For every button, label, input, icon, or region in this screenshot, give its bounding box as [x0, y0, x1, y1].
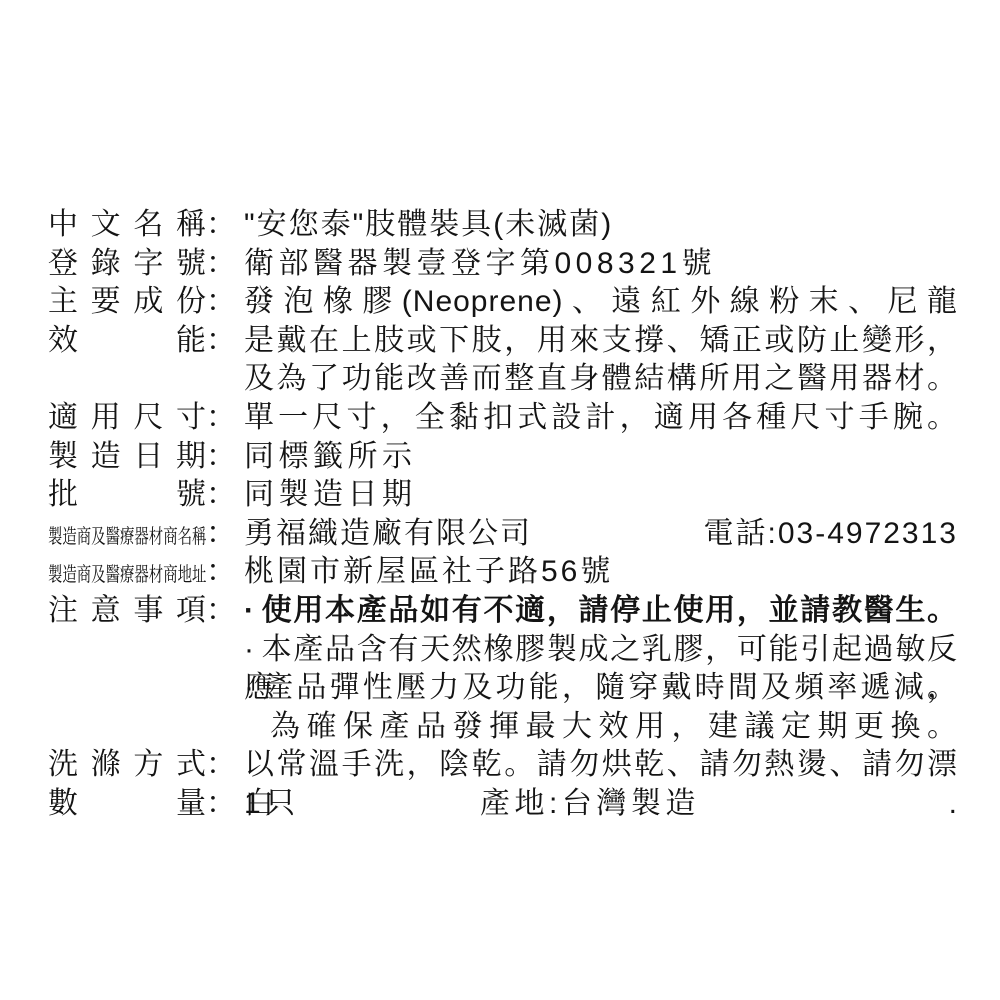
value-main-ingredients: 發泡橡膠(Neoprene)、遠紅外線粉末、尼龍	[244, 283, 958, 322]
value-precaution-3-line1: ·產品彈性壓力及功能，隨穿戴時間及頻率遞減，	[244, 669, 958, 708]
row-precautions: 注意事項 ： ·使用本產品如有不適，請停止使用，並請教醫生。	[48, 592, 958, 631]
value-manufacturer-address: 桃園市新屋區社子路56號	[244, 553, 958, 592]
value-manufacturer-name: 勇福織造廠有限公司 電話:03-4972313	[244, 515, 958, 554]
value-function-line2: 及為了功能改善而整直身體結構所用之醫用器材。	[244, 360, 958, 399]
label-manufacturer-address: 製造商及醫療器材商地址	[48, 553, 206, 595]
row-batch-number: 批號 ： 同製造日期	[48, 476, 958, 515]
value-applicable-size: 單一尺寸，全黏扣式設計，適用各種尺寸手腕。	[244, 399, 958, 438]
row-precaution-3-continued: 為確保產品發揮最大效用，建議定期更換。	[48, 708, 958, 747]
row-main-ingredients: 主要成份 ： 發泡橡膠(Neoprene)、遠紅外線粉末、尼龍	[48, 283, 958, 322]
origin-text: 產地:台灣製造	[480, 785, 700, 824]
label-manufacturer-address-text: 製造商及醫療器材商地址	[48, 556, 206, 595]
phone-number: 電話:03-4972313	[704, 515, 959, 554]
label-registration-number: 登錄字號	[48, 245, 206, 284]
bullet-icon: ·	[244, 633, 261, 666]
row-chinese-name: 中文名稱 ： "安您泰"肢體裝具(未滅菌)	[48, 206, 958, 245]
value-registration-number: 衛部醫器製壹登字第008321號	[244, 245, 958, 284]
manufacturer-name-text: 勇福織造廠有限公司	[244, 515, 532, 554]
label-colon: ：	[206, 245, 244, 284]
label-washing-method: 洗滌方式	[48, 746, 206, 785]
row-function: 效能 ： 是戴在上肢或下肢，用來支撐、矯正或防止變形，	[48, 322, 958, 361]
row-manufacturer-address: 製造商及醫療器材商地址 ： 桃園市新屋區社子路56號	[48, 553, 958, 592]
row-manufacture-date: 製造日期 ： 同標籤所示	[48, 438, 958, 477]
bullet-icon: ·	[244, 594, 261, 627]
bullet-icon: ·	[244, 671, 261, 704]
label-colon: ：	[206, 206, 244, 245]
value-batch-number: 同製造日期	[244, 476, 958, 515]
value-chinese-name: "安您泰"肢體裝具(未滅菌)	[244, 206, 958, 245]
value-precaution-3-line2: 為確保產品發揮最大效用，建議定期更換。	[244, 708, 958, 747]
label-colon: ：	[206, 399, 244, 438]
label-colon: ：	[206, 476, 244, 515]
precaution-1-text: 使用本產品如有不適，請停止使用，並請教醫生。	[261, 594, 958, 627]
label-colon: ：	[206, 283, 244, 322]
label-function: 效能	[48, 322, 206, 361]
row-applicable-size: 適用尺寸 ： 單一尺寸，全黏扣式設計，適用各種尺寸手腕。	[48, 399, 958, 438]
label-colon: ：	[206, 515, 244, 554]
label-precautions: 注意事項	[48, 592, 206, 631]
value-function-line1: 是戴在上肢或下肢，用來支撐、矯正或防止變形，	[244, 322, 958, 361]
label-main-ingredients: 主要成份	[48, 283, 206, 322]
row-function-continued: 及為了功能改善而整直身體結構所用之醫用器材。	[48, 360, 958, 399]
row-precaution-3: ·產品彈性壓力及功能，隨穿戴時間及頻率遞減，	[48, 669, 958, 708]
label-quantity: 數量	[48, 785, 206, 824]
value-manufacture-date: 同標籤所示	[244, 438, 958, 477]
quantity-text: 1只	[244, 787, 300, 820]
label-colon: ：	[206, 438, 244, 477]
label-colon: ：	[206, 553, 244, 592]
label-manufacture-date: 製造日期	[48, 438, 206, 477]
label-manufacturer-name: 製造商及醫療器材商名稱	[48, 515, 206, 557]
row-manufacturer-name: 製造商及醫療器材商名稱 ： 勇福織造廠有限公司 電話:03-4972313	[48, 515, 958, 554]
label-colon: ：	[206, 592, 244, 631]
row-precaution-2: ·本產品含有天然橡膠製成之乳膠，可能引起過敏反應。	[48, 631, 958, 670]
value-precaution-1: ·使用本產品如有不適，請停止使用，並請教醫生。	[244, 592, 958, 631]
label-colon: ：	[206, 785, 244, 824]
label-applicable-size: 適用尺寸	[48, 399, 206, 438]
product-spec-sheet: 中文名稱 ： "安您泰"肢體裝具(未滅菌) 登錄字號 ： 衛部醫器製壹登字第00…	[48, 206, 958, 824]
row-registration-number: 登錄字號 ： 衛部醫器製壹登字第008321號	[48, 245, 958, 284]
row-washing-method: 洗滌方式 ： 以常溫手洗，陰乾。請勿烘乾、請勿熱燙、請勿漂白.	[48, 746, 958, 785]
label-colon: ：	[206, 322, 244, 361]
label-batch-number: 批號	[48, 476, 206, 515]
label-manufacturer-name-text: 製造商及醫療器材商名稱	[48, 518, 206, 557]
label-colon: ：	[206, 746, 244, 785]
row-quantity: 數量 ： 1只 產地:台灣製造	[48, 785, 958, 824]
value-quantity: 1只 產地:台灣製造	[244, 785, 958, 824]
precaution-3-text: 產品彈性壓力及功能，隨穿戴時間及頻率遞減，	[261, 671, 958, 704]
label-chinese-name: 中文名稱	[48, 206, 206, 245]
